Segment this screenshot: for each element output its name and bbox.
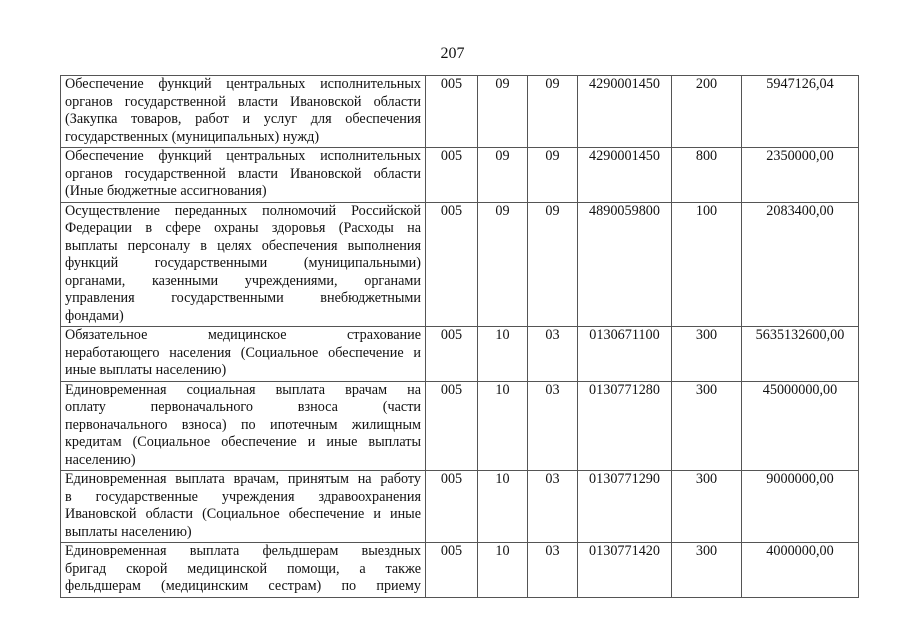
admin-code: 005 (426, 543, 478, 598)
table-row: Обеспечение функций центральных исполнит… (61, 76, 859, 148)
description-line: управления государственными внебюджетным… (65, 290, 421, 308)
subsection-code: 03 (528, 471, 578, 543)
expense-type-code: 300 (672, 327, 742, 382)
admin-code: 005 (426, 471, 478, 543)
table-row: Единовременная выплата врачам, принятым … (61, 471, 859, 543)
description-line: населению) (65, 452, 421, 470)
expense-type-code: 300 (672, 381, 742, 471)
subsection-code: 03 (528, 381, 578, 471)
description-line: неработающего населения (Социальное обес… (65, 345, 421, 363)
expense-description: Обеспечение функций центральных исполнит… (61, 76, 426, 148)
description-line: (Закупка товаров, работ и услуг для обес… (65, 111, 421, 129)
description-line: органов государственной власти Ивановско… (65, 94, 421, 112)
expense-type-code: 100 (672, 202, 742, 327)
amount: 5635132600,00 (742, 327, 859, 382)
table-row: Осуществление переданных полномочий Росс… (61, 202, 859, 327)
description-line: органами, казенными учреждениями, органа… (65, 273, 421, 291)
table-row: Обеспечение функций центральных исполнит… (61, 148, 859, 203)
description-line: Единовременная выплата фельдшерам выездн… (65, 543, 421, 561)
description-line: функций государственными (муниципальными… (65, 255, 421, 273)
target-article-code: 4290001450 (578, 148, 672, 203)
description-line: Обязательное медицинское страхование (65, 327, 421, 345)
amount: 9000000,00 (742, 471, 859, 543)
expense-description: Единовременная социальная выплата врачам… (61, 381, 426, 471)
target-article-code: 0130771280 (578, 381, 672, 471)
amount: 2350000,00 (742, 148, 859, 203)
description-line: фельдшерам (медицинским сестрам) по прие… (65, 578, 421, 596)
target-article-code: 4290001450 (578, 76, 672, 148)
page-number: 207 (0, 45, 905, 63)
description-line: кредитам (Социальное обеспечение и иные … (65, 434, 421, 452)
description-line: государственных (муниципальных) нужд) (65, 129, 421, 147)
section-code: 09 (478, 202, 528, 327)
expense-type-code: 800 (672, 148, 742, 203)
description-line: фондами) (65, 308, 421, 326)
budget-table: Обеспечение функций центральных исполнит… (60, 75, 859, 598)
description-line: Федерации в сфере охраны здоровья (Расхо… (65, 220, 421, 238)
target-article-code: 0130771420 (578, 543, 672, 598)
description-line: (Иные бюджетные ассигнования) (65, 183, 421, 201)
target-article-code: 0130771290 (578, 471, 672, 543)
subsection-code: 03 (528, 543, 578, 598)
description-line: Обеспечение функций центральных исполнит… (65, 76, 421, 94)
table-row: Единовременная социальная выплата врачам… (61, 381, 859, 471)
section-code: 10 (478, 327, 528, 382)
description-line: Обеспечение функций центральных исполнит… (65, 148, 421, 166)
subsection-code: 09 (528, 148, 578, 203)
admin-code: 005 (426, 327, 478, 382)
expense-description: Единовременная выплата врачам, принятым … (61, 471, 426, 543)
target-article-code: 0130671100 (578, 327, 672, 382)
description-line: выплаты населению) (65, 524, 421, 542)
description-line: первоначального взноса) по ипотечным жил… (65, 417, 421, 435)
amount: 4000000,00 (742, 543, 859, 598)
admin-code: 005 (426, 148, 478, 203)
section-code: 09 (478, 148, 528, 203)
amount: 2083400,00 (742, 202, 859, 327)
table-row: Единовременная выплата фельдшерам выездн… (61, 543, 859, 598)
expense-description: Обеспечение функций центральных исполнит… (61, 148, 426, 203)
subsection-code: 03 (528, 327, 578, 382)
expense-type-code: 200 (672, 76, 742, 148)
description-line: выплаты персоналу в целях обеспечения вы… (65, 238, 421, 256)
description-line: Ивановской области (Социальное обеспечен… (65, 506, 421, 524)
description-line: Осуществление переданных полномочий Росс… (65, 203, 421, 221)
description-line: иные выплаты населению) (65, 362, 421, 380)
subsection-code: 09 (528, 202, 578, 327)
section-code: 10 (478, 471, 528, 543)
expense-description: Осуществление переданных полномочий Росс… (61, 202, 426, 327)
subsection-code: 09 (528, 76, 578, 148)
table-row: Обязательное медицинское страхованиенера… (61, 327, 859, 382)
amount: 5947126,04 (742, 76, 859, 148)
description-line: оплату первоначального взноса (части (65, 399, 421, 417)
admin-code: 005 (426, 381, 478, 471)
description-line: Единовременная выплата врачам, принятым … (65, 471, 421, 489)
expense-type-code: 300 (672, 471, 742, 543)
expense-description: Единовременная выплата фельдшерам выездн… (61, 543, 426, 598)
admin-code: 005 (426, 76, 478, 148)
expense-type-code: 300 (672, 543, 742, 598)
description-line: бригад скорой медицинской помощи, а такж… (65, 561, 421, 579)
section-code: 10 (478, 543, 528, 598)
admin-code: 005 (426, 202, 478, 327)
section-code: 09 (478, 76, 528, 148)
description-line: Единовременная социальная выплата врачам… (65, 382, 421, 400)
section-code: 10 (478, 381, 528, 471)
description-line: в государственные учреждения здравоохран… (65, 489, 421, 507)
expense-description: Обязательное медицинское страхованиенера… (61, 327, 426, 382)
description-line: органов государственной власти Ивановско… (65, 166, 421, 184)
amount: 45000000,00 (742, 381, 859, 471)
target-article-code: 4890059800 (578, 202, 672, 327)
